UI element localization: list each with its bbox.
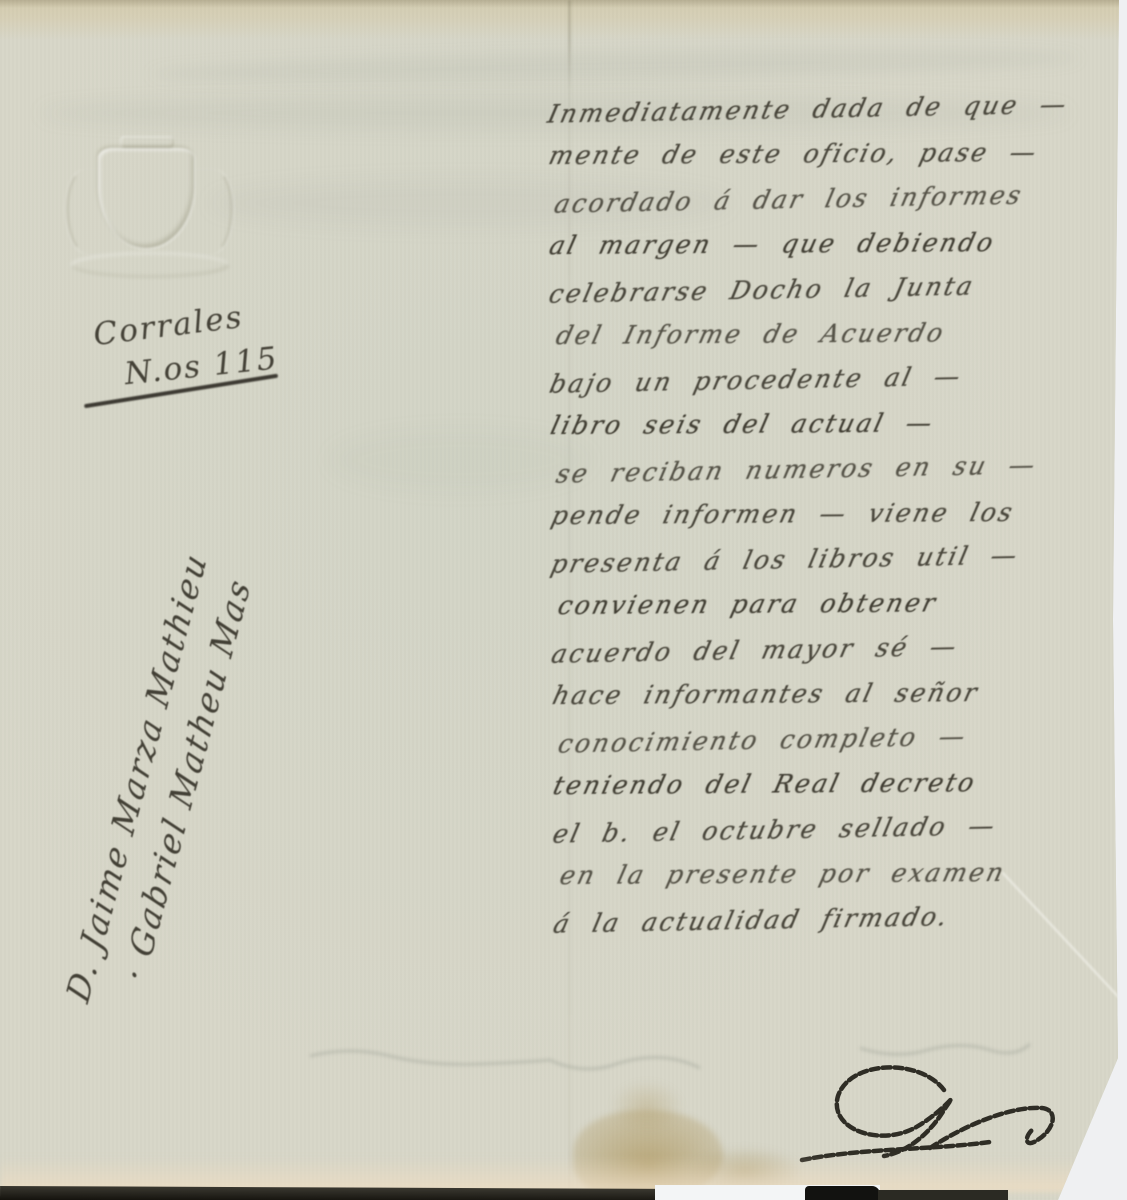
top-edge-shadow xyxy=(0,0,1127,8)
scan-edge-dark-strip xyxy=(878,1190,1008,1200)
docket-annotation: Corrales N.os 115 xyxy=(91,295,281,402)
addressee-names: D. Jaime Marza Mathieu · Gabriel Matheu … xyxy=(58,493,278,1018)
handwritten-line: celebrarse Docho la Junta xyxy=(544,260,1127,316)
letter-body: Inmediatamente dada de que —mente de est… xyxy=(549,84,1127,943)
docket-number: N.os 115 xyxy=(123,340,281,392)
scanned-letter: Corrales N.os 115 D. Jaime Marza Mathieu… xyxy=(0,0,1127,1200)
handwritten-line: acuerdo del mayor sé — xyxy=(547,620,1127,676)
handwritten-line: conocimiento completo — xyxy=(548,710,1127,766)
handwritten-line: el b. el octubre sellado — xyxy=(548,800,1127,856)
handwritten-line: bajo un procedente al — xyxy=(545,350,1127,406)
handwritten-line: en la presente por examen xyxy=(549,849,1127,898)
handwritten-line: libro seis del actual — xyxy=(546,399,1127,448)
handwritten-line: acordado á dar los informes xyxy=(544,170,1127,226)
ink-stain xyxy=(612,1082,682,1132)
handwritten-line: Inmediatamente dada de que — xyxy=(543,80,1127,136)
show-through-mark xyxy=(150,44,1080,88)
handwritten-line: teniendo del Real decreto xyxy=(548,759,1127,808)
embossed-seal-scroll xyxy=(70,252,230,278)
handwritten-line: del Informe de Acuerdo xyxy=(545,309,1127,358)
embossed-seal-laurel-left xyxy=(66,170,105,254)
handwritten-line: presenta á los libros util — xyxy=(546,530,1127,586)
handwritten-line: á la actualidad firmado. xyxy=(549,890,1127,946)
handwritten-line: al margen — que debiendo xyxy=(545,219,1127,268)
embossed-seal-crown xyxy=(120,136,174,148)
paper-sheet: Corrales N.os 115 D. Jaime Marza Mathieu… xyxy=(0,0,1127,1200)
handwritten-line: mente de este oficio, pase — xyxy=(544,129,1127,178)
handwritten-line: se reciban numeros en su — xyxy=(546,440,1127,496)
handwritten-line: hace informantes al señor xyxy=(548,669,1127,718)
handwritten-line: convienen para obtener xyxy=(547,579,1127,628)
scan-edge-dark-blob xyxy=(805,1186,880,1200)
scan-edge-dark-strip xyxy=(0,1186,660,1200)
embossed-seal xyxy=(98,148,194,248)
embossed-seal-laurel-right xyxy=(194,170,233,254)
handwritten-line: pende informen — viene los xyxy=(547,489,1127,538)
